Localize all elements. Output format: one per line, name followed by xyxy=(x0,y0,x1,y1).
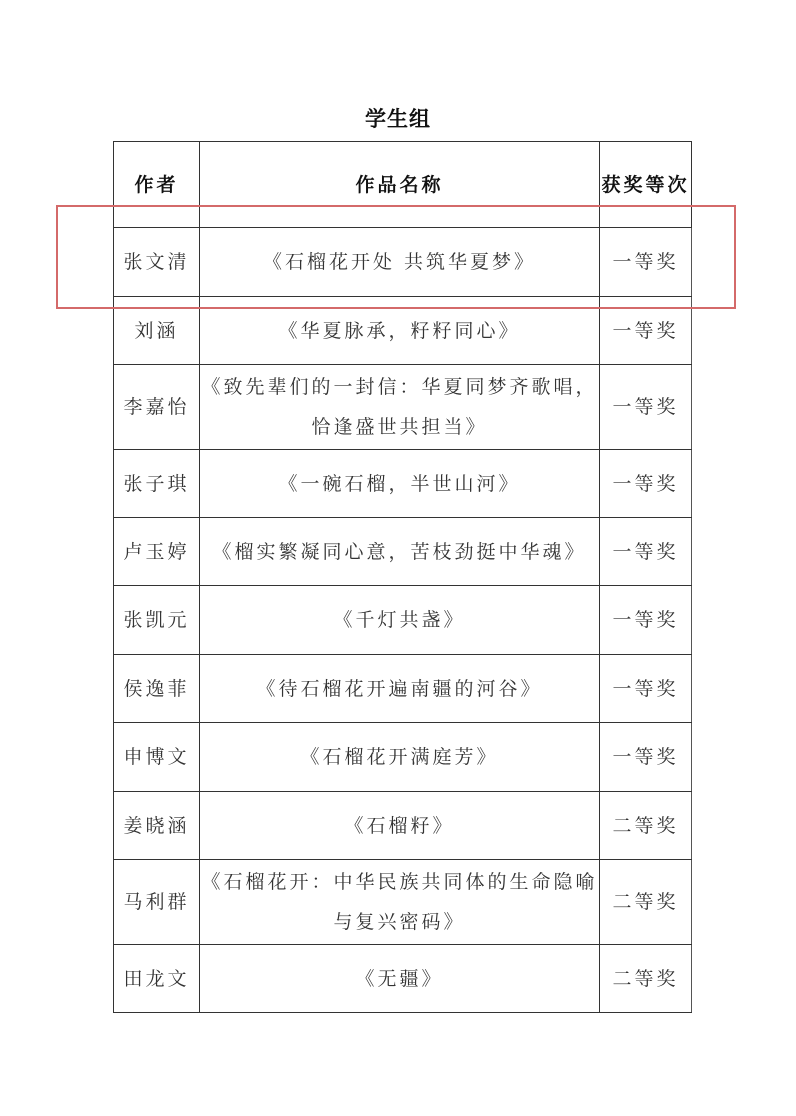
award-cell: 一等奖 xyxy=(600,450,692,518)
header-row: 作者 作品名称 获奖等次 xyxy=(114,142,692,228)
author-cell: 马利群 xyxy=(114,860,200,945)
header-award: 获奖等次 xyxy=(600,142,692,228)
award-cell: 一等奖 xyxy=(600,655,692,723)
work-cell: 《一碗石榴，半世山河》 xyxy=(200,450,600,518)
work-cell: 《无疆》 xyxy=(200,945,600,1013)
author-cell: 刘涵 xyxy=(114,297,200,365)
author-cell: 侯逸菲 xyxy=(114,655,200,723)
table-row: 张子琪 《一碗石榴，半世山河》 一等奖 xyxy=(114,450,692,518)
header-author: 作者 xyxy=(114,142,200,228)
award-cell: 二等奖 xyxy=(600,792,692,860)
award-cell: 一等奖 xyxy=(600,518,692,586)
work-cell: 《榴实繁凝同心意，苦枝劲挺中华魂》 xyxy=(200,518,600,586)
award-cell: 二等奖 xyxy=(600,860,692,945)
table-row: 李嘉怡 《致先辈们的一封信：华夏同梦齐歌唱，恰逢盛世共担当》 一等奖 xyxy=(114,365,692,450)
work-cell: 《石榴花开处 共筑华夏梦》 xyxy=(200,228,600,297)
author-cell: 张文清 xyxy=(114,228,200,297)
author-cell: 田龙文 xyxy=(114,945,200,1013)
table-row: 张凯元 《千灯共盏》 一等奖 xyxy=(114,586,692,655)
award-cell: 一等奖 xyxy=(600,228,692,297)
work-cell: 《华夏脉承，籽籽同心》 xyxy=(200,297,600,365)
awards-table: 作者 作品名称 获奖等次 张文清 《石榴花开处 共筑华夏梦》 一等奖 刘涵 《华… xyxy=(113,141,692,1013)
award-cell: 二等奖 xyxy=(600,945,692,1013)
award-cell: 一等奖 xyxy=(600,297,692,365)
author-cell: 张凯元 xyxy=(114,586,200,655)
page-title: 学生组 xyxy=(0,103,796,133)
award-cell: 一等奖 xyxy=(600,586,692,655)
work-cell: 《石榴籽》 xyxy=(200,792,600,860)
author-cell: 姜晓涵 xyxy=(114,792,200,860)
table-row: 卢玉婷 《榴实繁凝同心意，苦枝劲挺中华魂》 一等奖 xyxy=(114,518,692,586)
table-row: 申博文 《石榴花开满庭芳》 一等奖 xyxy=(114,723,692,792)
work-cell: 《石榴花开：中华民族共同体的生命隐喻与复兴密码》 xyxy=(200,860,600,945)
award-cell: 一等奖 xyxy=(600,365,692,450)
work-cell: 《待石榴花开遍南疆的河谷》 xyxy=(200,655,600,723)
work-cell: 《石榴花开满庭芳》 xyxy=(200,723,600,792)
table-row: 刘涵 《华夏脉承，籽籽同心》 一等奖 xyxy=(114,297,692,365)
table-row: 马利群 《石榴花开：中华民族共同体的生命隐喻与复兴密码》 二等奖 xyxy=(114,860,692,945)
table-row: 姜晓涵 《石榴籽》 二等奖 xyxy=(114,792,692,860)
author-cell: 李嘉怡 xyxy=(114,365,200,450)
author-cell: 申博文 xyxy=(114,723,200,792)
table-row: 田龙文 《无疆》 二等奖 xyxy=(114,945,692,1013)
work-cell: 《千灯共盏》 xyxy=(200,586,600,655)
table-row: 张文清 《石榴花开处 共筑华夏梦》 一等奖 xyxy=(114,228,692,297)
header-work: 作品名称 xyxy=(200,142,600,228)
author-cell: 卢玉婷 xyxy=(114,518,200,586)
award-cell: 一等奖 xyxy=(600,723,692,792)
table-row: 侯逸菲 《待石榴花开遍南疆的河谷》 一等奖 xyxy=(114,655,692,723)
work-cell: 《致先辈们的一封信：华夏同梦齐歌唱，恰逢盛世共担当》 xyxy=(200,365,600,450)
author-cell: 张子琪 xyxy=(114,450,200,518)
